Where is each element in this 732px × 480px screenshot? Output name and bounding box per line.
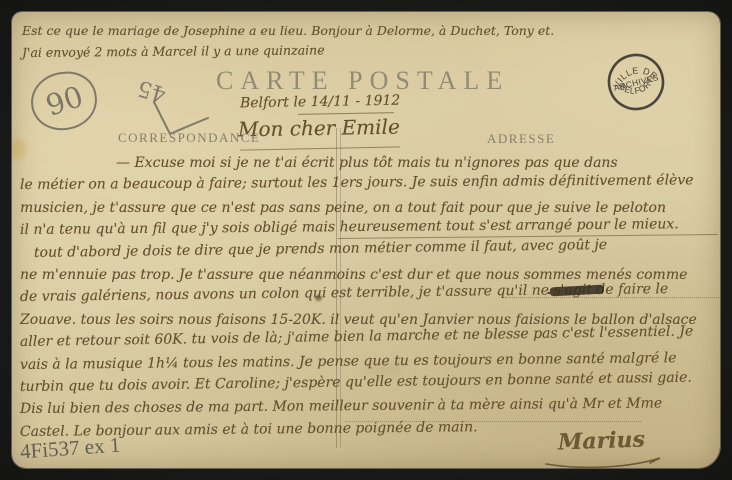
- address-label: ADRESSE: [487, 131, 555, 147]
- dotted-underline-mark: [505, 297, 719, 298]
- department-number: 90: [41, 79, 87, 123]
- pencil-price-mark: 45: [138, 78, 166, 103]
- dateline: Belfort le 14/11 - 1912: [240, 93, 401, 112]
- dotted-underline-mark: [345, 421, 641, 422]
- signature-flourish: [542, 452, 674, 468]
- postcard-title: CARTE POSTALE: [216, 66, 509, 96]
- salutation: Mon cher Emile: [238, 115, 400, 142]
- postcard-scan: Est ce que le mariage de Josephine a eu …: [12, 12, 720, 468]
- pencil-circled-number: 90: [27, 68, 100, 135]
- underline-mark: [240, 146, 400, 150]
- top-note-line: J'ai envoyé 2 mots à Marcel il y a une q…: [22, 37, 554, 64]
- archives-stamp: VILLE DE ARCHIVES BELFORT: [597, 43, 675, 121]
- letter-line: le métier on a beaucoup à faire; surtout…: [20, 170, 720, 197]
- top-margin-notes: Est ce que le mariage de Josephine a eu …: [22, 20, 554, 64]
